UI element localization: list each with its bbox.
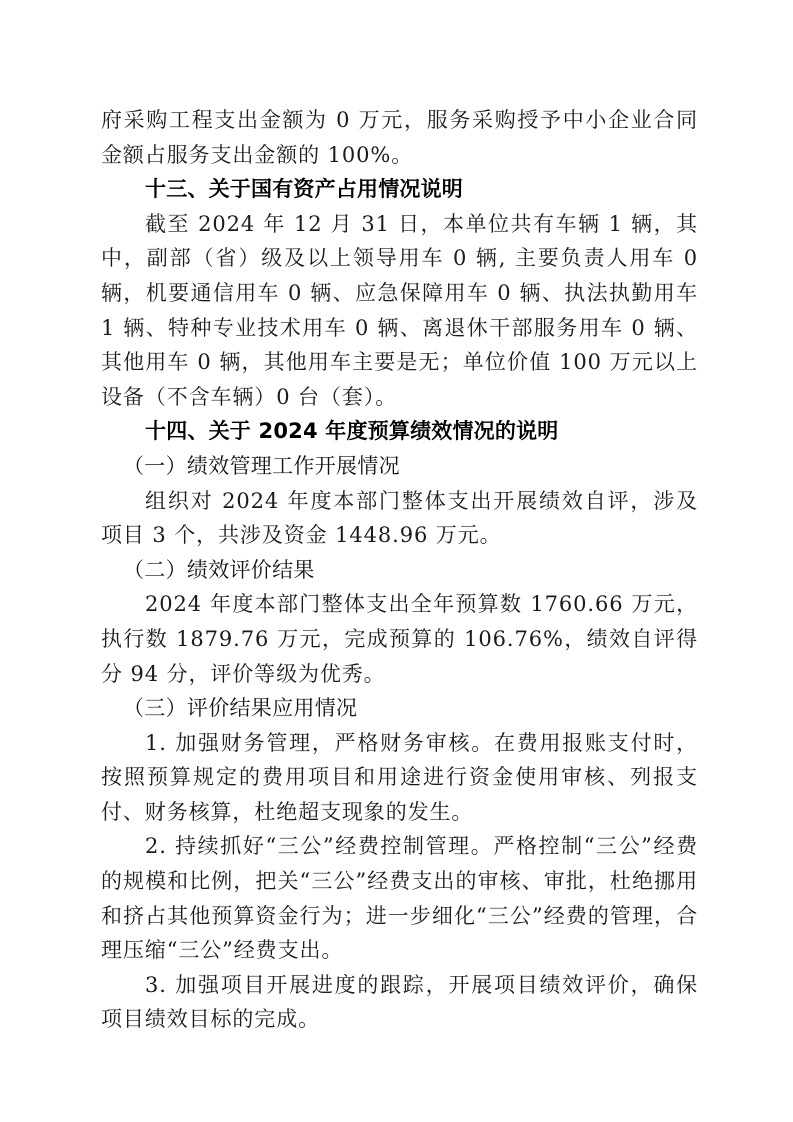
section-heading-14-performance: 十四、关于 2024 年度预算绩效情况的说明 <box>101 414 698 449</box>
subheading-performance-management: （一）绩效管理工作开展情况 <box>101 449 698 484</box>
body-paragraph-vehicles: 截至 2024 年 12 月 31 日，本单位共有车辆 1 辆，其中，副部（省）… <box>101 207 698 415</box>
subheading-results-application: （三）评价结果应用情况 <box>101 691 698 726</box>
subheading-evaluation-results: （二）绩效评价结果 <box>101 553 698 588</box>
body-paragraph-self-evaluation: 组织对 2024 年度本部门整体支出开展绩效自评，涉及项目 3 个，共涉及资金 … <box>101 484 698 553</box>
body-paragraph-procurement: 府采购工程支出金额为 0 万元，服务采购授予中小企业合同金额占服务支出金额的 1… <box>101 103 698 172</box>
body-paragraph-budget-results: 2024 年度本部门整体支出全年预算数 1760.66 万元，执行数 1879.… <box>101 587 698 691</box>
list-item-financial-management: 1. 加强财务管理，严格财务审核。在费用报账支付时，按照预算规定的费用项目和用途… <box>101 726 698 830</box>
document-page: 府采购工程支出金额为 0 万元，服务采购授予中小企业合同金额占服务支出金额的 1… <box>101 103 698 1037</box>
list-item-project-tracking: 3. 加强项目开展进度的跟踪，开展项目绩效评价，确保项目绩效目标的完成。 <box>101 968 698 1037</box>
section-heading-13-state-assets: 十三、关于国有资产占用情况说明 <box>101 172 698 207</box>
list-item-three-public-expenses: 2. 持续抓好“三公”经费控制管理。严格控制“三公”经费的规模和比例，把关“三公… <box>101 829 698 967</box>
